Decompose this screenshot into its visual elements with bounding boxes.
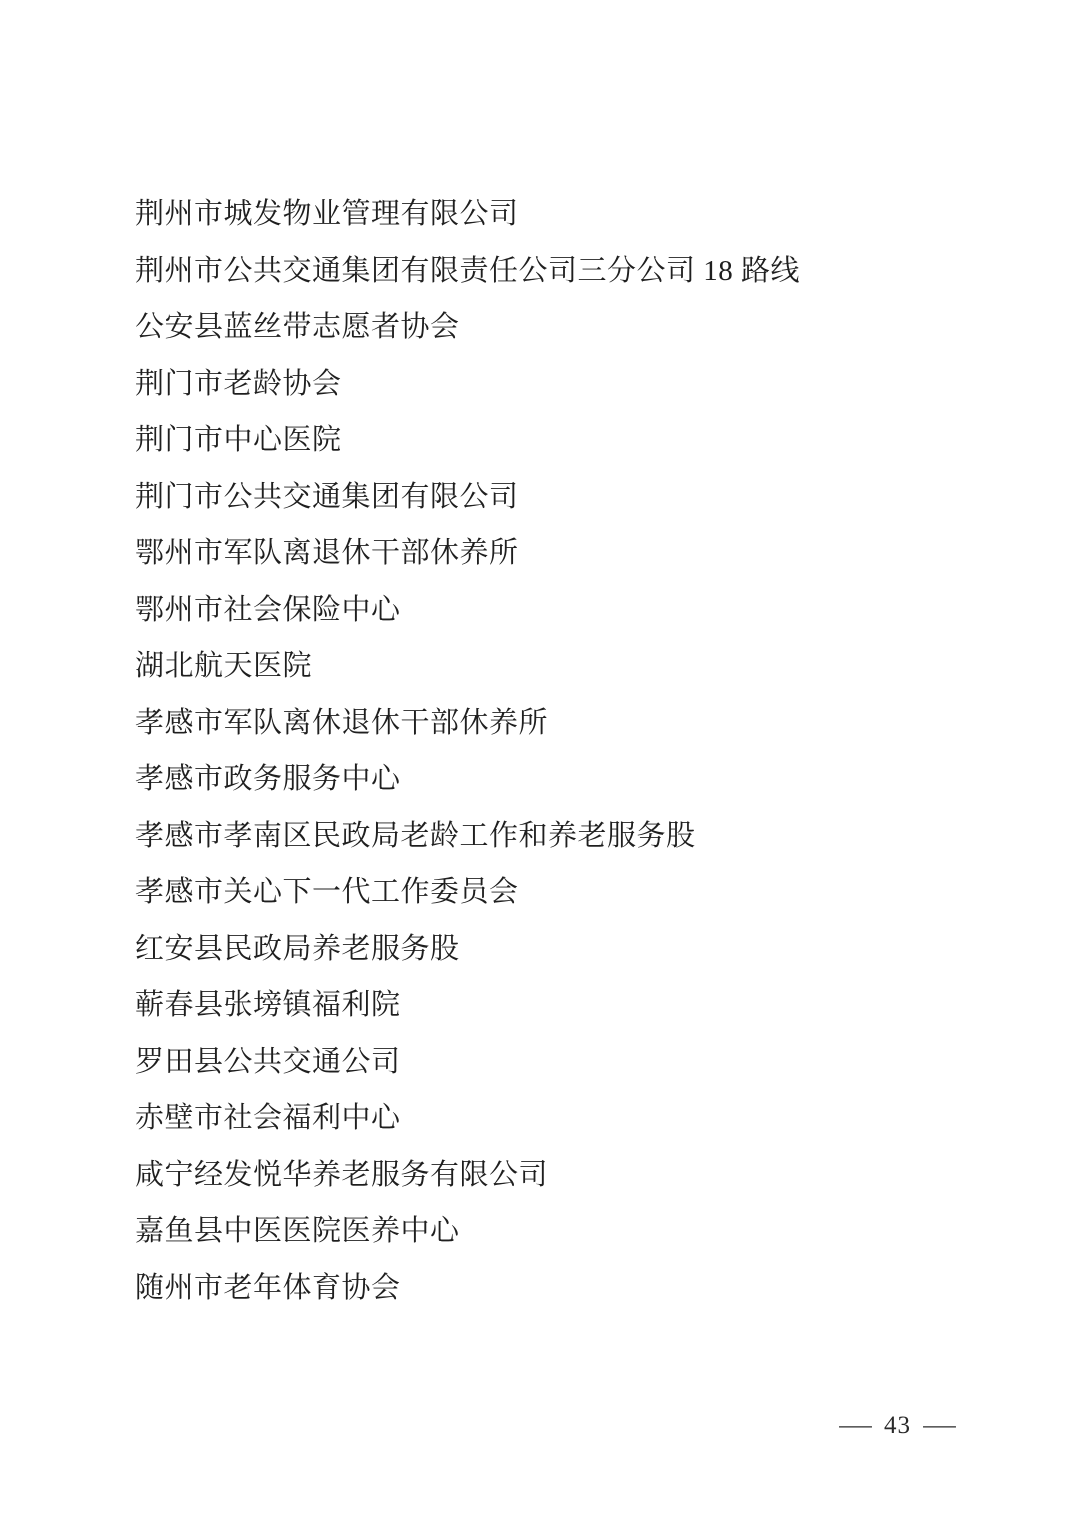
- list-item: 咸宁经发悦华养老服务有限公司: [135, 1147, 800, 1204]
- list-item: 公安县蓝丝带志愿者协会: [135, 299, 800, 356]
- page-footer: —43—: [843, 1412, 952, 1440]
- list-item: 荆门市中心医院: [135, 412, 800, 469]
- list-item: 红安县民政局养老服务股: [135, 921, 800, 978]
- list-item: 鄂州市社会保险中心: [135, 582, 800, 639]
- footer-dash-left: —: [839, 1412, 872, 1440]
- list-item: 荆州市公共交通集团有限责任公司三分公司 18 路线: [135, 243, 800, 300]
- list-item: 孝感市政务服务中心: [135, 751, 800, 808]
- list-item: 孝感市孝南区民政局老龄工作和养老服务股: [135, 808, 800, 865]
- org-list: 荆州市城发物业管理有限公司荆州市公共交通集团有限责任公司三分公司 18 路线公安…: [135, 186, 800, 1316]
- list-item: 孝感市关心下一代工作委员会: [135, 864, 800, 921]
- list-item: 湖北航天医院: [135, 638, 800, 695]
- list-item: 荆门市老龄协会: [135, 356, 800, 413]
- list-item: 孝感市军队离休退休干部休养所: [135, 695, 800, 752]
- list-item: 随州市老年体育协会: [135, 1260, 800, 1317]
- list-item: 嘉鱼县中医医院医养中心: [135, 1203, 800, 1260]
- document-page: 荆州市城发物业管理有限公司荆州市公共交通集团有限责任公司三分公司 18 路线公安…: [0, 0, 1080, 1527]
- footer-dash-right: —: [923, 1412, 956, 1440]
- list-item: 荆门市公共交通集团有限公司: [135, 469, 800, 526]
- list-item: 荆州市城发物业管理有限公司: [135, 186, 800, 243]
- list-item: 蕲春县张塝镇福利院: [135, 977, 800, 1034]
- list-item: 罗田县公共交通公司: [135, 1034, 800, 1091]
- page-number: 43: [884, 1412, 911, 1440]
- list-item: 鄂州市军队离退休干部休养所: [135, 525, 800, 582]
- list-item: 赤壁市社会福利中心: [135, 1090, 800, 1147]
